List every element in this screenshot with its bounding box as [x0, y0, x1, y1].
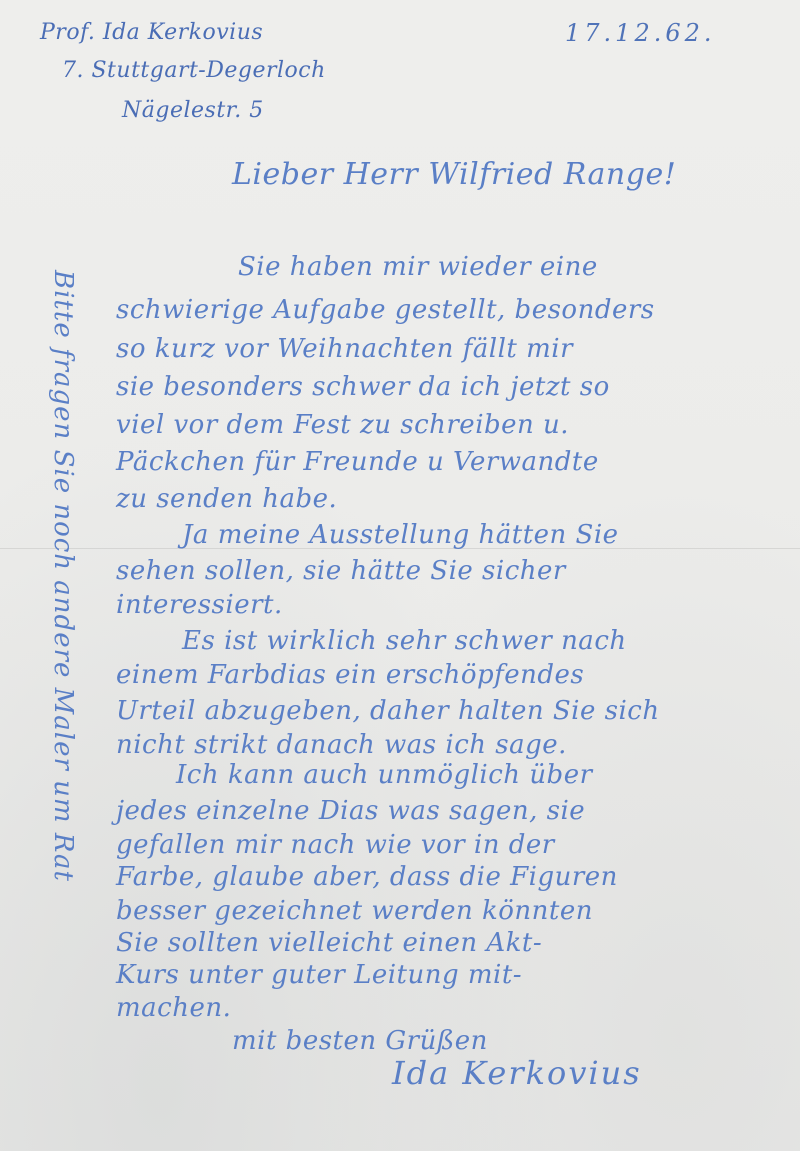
sender-name: Prof. Ida Kerkovius [40, 18, 263, 48]
body-line: Sie haben mir wieder eine [238, 252, 598, 282]
body-line: sie besonders schwer da ich jetzt so [116, 372, 610, 402]
body-line: besser gezeichnet werden könnten [116, 896, 593, 926]
letter-page: Prof. Ida Kerkovius 7. Stuttgart-Degerlo… [0, 0, 800, 1151]
body-line: Päckchen für Freunde u Verwandte [116, 447, 599, 477]
body-line: Ja meine Ausstellung hätten Sie [182, 520, 619, 550]
body-line: Farbe, glaube aber, dass die Figuren [116, 862, 618, 892]
body-line: jedes einzelne Dias was sagen, sie [116, 796, 585, 826]
body-line: so kurz vor Weihnachten fällt mir [116, 334, 573, 364]
signature: Ida Kerkovius [392, 1058, 642, 1088]
sender-street: Nägelestr. 5 [122, 96, 264, 126]
closing: mit besten Grüßen [232, 1026, 488, 1056]
body-line: interessiert. [116, 590, 283, 620]
body-line: zu senden habe. [116, 484, 337, 514]
sender-city: 7. Stuttgart-Degerloch [62, 56, 326, 86]
body-line: viel vor dem Fest zu schreiben u. [116, 410, 569, 440]
body-line: Es ist wirklich sehr schwer nach [182, 626, 627, 656]
salutation: Lieber Herr Wilfried Range! [232, 160, 676, 190]
body-line: einem Farbdias ein erschöpfendes [116, 660, 584, 690]
body-line: sehen sollen, sie hätte Sie sicher [116, 556, 566, 586]
body-line: Sie sollten vielleicht einen Akt- [116, 928, 542, 958]
body-line: machen. [116, 993, 231, 1023]
body-line: schwierige Aufgabe gestellt, besonders [116, 295, 655, 325]
body-line: nicht strikt danach was ich sage. [116, 730, 567, 760]
body-line: gefallen mir nach wie vor in der [116, 830, 555, 860]
body-line: Urteil abzugeben, daher halten Sie sich [116, 696, 660, 726]
body-line: Ich kann auch unmöglich über [176, 760, 593, 790]
margin-note: Bitte fragen Sie noch andere Maler um Ra… [48, 270, 78, 882]
body-line: Kurs unter guter Leitung mit- [116, 960, 522, 990]
letter-date: 17.12.62. [565, 18, 716, 48]
